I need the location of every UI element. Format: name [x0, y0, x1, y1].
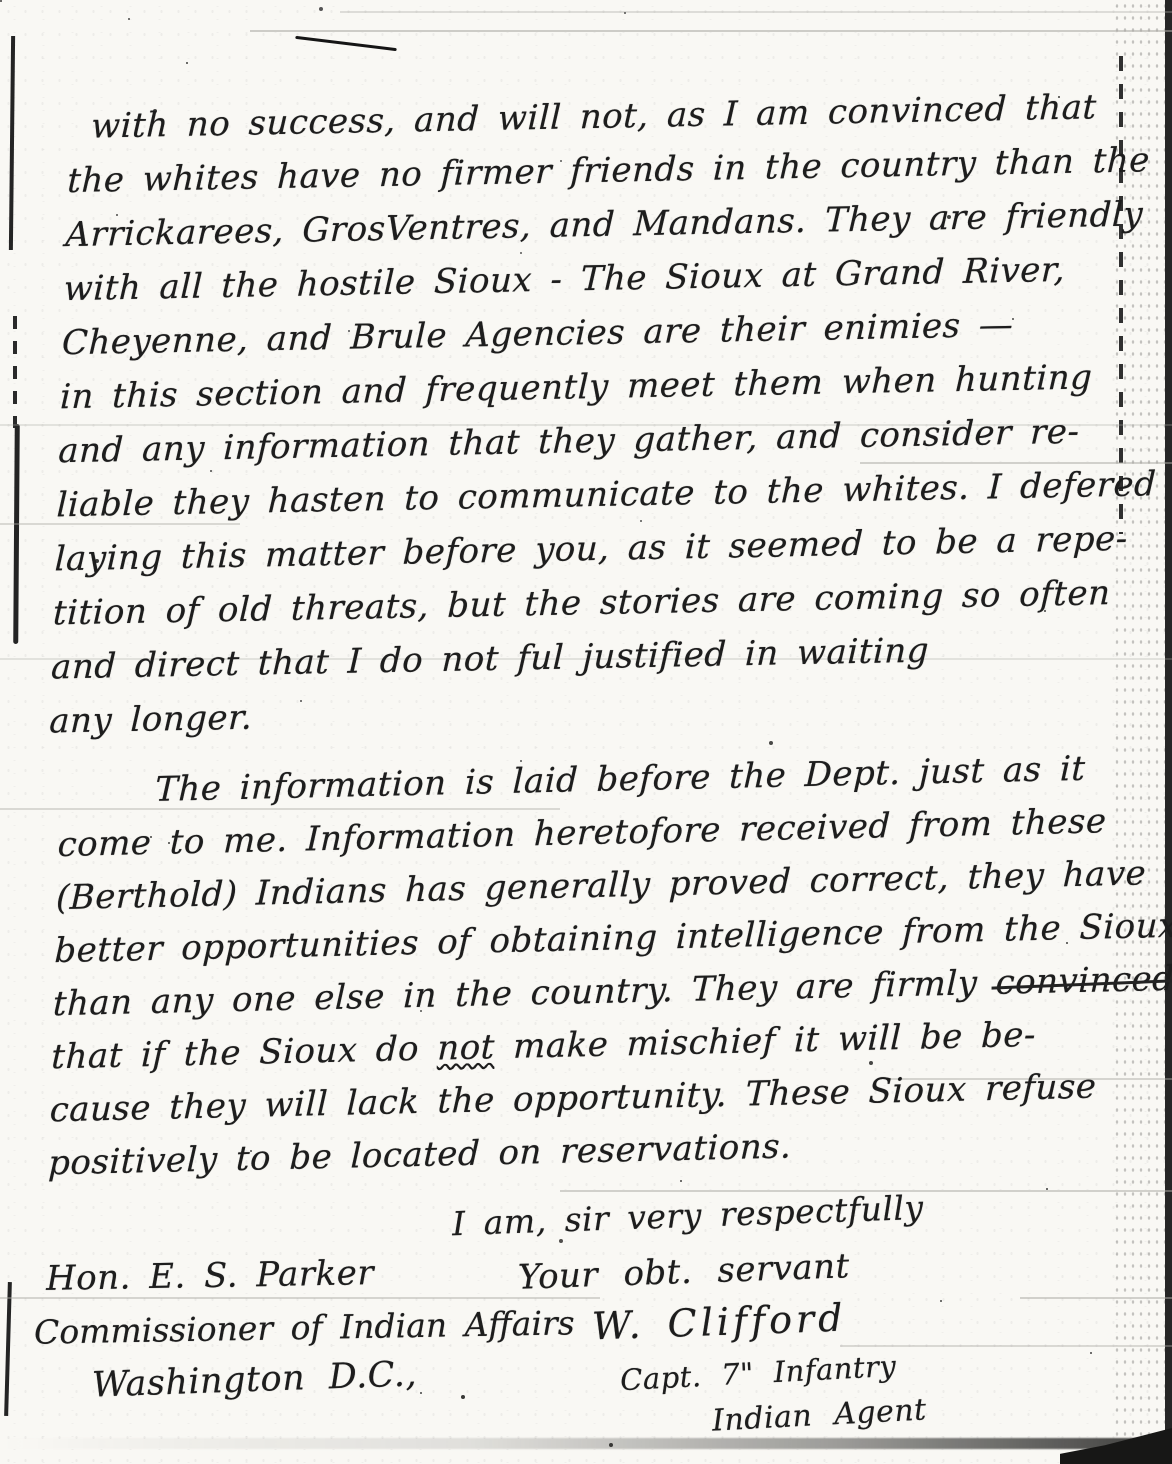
- left-margin-line-artifact: [4, 1282, 12, 1416]
- signature-rank: Capt. 7" Infantry: [619, 1349, 897, 1397]
- signature-title: Indian Agent: [711, 1392, 927, 1438]
- scan-speckle-noise: [0, 0, 2, 2]
- scan-line: [840, 1345, 1172, 1347]
- bottom-smudge-band: [0, 1438, 1172, 1449]
- scan-line: [1020, 1297, 1172, 1299]
- scanned-letter-page: with no success, and will not, as I am c…: [0, 0, 1172, 1464]
- struck-word: convinced: [995, 959, 1172, 1003]
- underlined-word: not: [437, 1027, 496, 1068]
- body-text-segment: make mischief it will be be-: [494, 1015, 1036, 1067]
- scan-line: [340, 11, 1172, 13]
- recipient-location: Washington D.C.,: [91, 1354, 417, 1405]
- left-margin-dashed-line-artifact: [13, 316, 17, 428]
- body-text-segment: that if the Sioux do: [51, 1028, 438, 1077]
- scan-line: [250, 30, 1172, 32]
- recipient-title: Commissioner of Indian Affairs: [34, 1303, 575, 1351]
- letter-body-paragraph-2: The information is laid before the Dept.…: [47, 742, 1131, 1191]
- signature-name: W. Clifford: [591, 1296, 847, 1349]
- recipient-name: Hon. E. S. Parker: [46, 1253, 375, 1299]
- left-margin-line-artifact: [13, 424, 20, 644]
- letter-body-paragraph-1: with no success, and will not, as I am c…: [48, 80, 1131, 749]
- stray-pen-stroke: [295, 36, 397, 51]
- closing-servant-line: Your obt. servant: [517, 1246, 850, 1298]
- closing-salutation: I am, sir very respectfully: [451, 1188, 924, 1243]
- left-margin-line-artifact: [9, 36, 15, 250]
- right-edge-border-artifact: [1165, 0, 1172, 1464]
